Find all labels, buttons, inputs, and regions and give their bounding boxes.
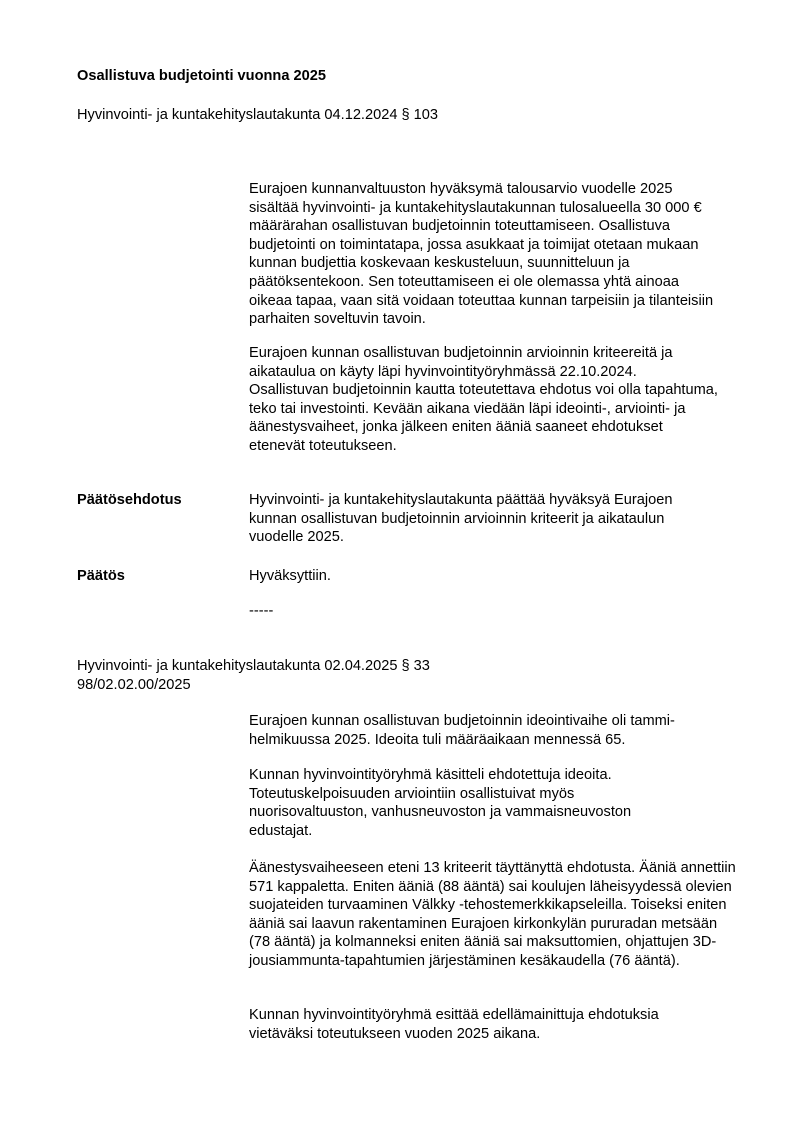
separator: ----- [249, 602, 729, 621]
paragraph-review: Kunnan hyvinvointityöryhmä käsitteli ehd… [249, 766, 679, 840]
paragraph-implementation: Kunnan hyvinvointityöryhmä esittää edell… [249, 1006, 709, 1043]
proposal-label: Päätösehdotus [77, 491, 182, 510]
meeting-header-2: Hyvinvointi- ja kuntakehityslautakunta 0… [77, 657, 430, 676]
decision-text: Hyväksyttiin. [249, 567, 729, 586]
meeting-header-1: Hyvinvointi- ja kuntakehityslautakunta 0… [77, 106, 438, 125]
document-title: Osallistuva budjetointi vuonna 2025 [77, 67, 326, 86]
document-page: Osallistuva budjetointi vuonna 2025 Hyvi… [0, 0, 794, 1122]
decision-label: Päätös [77, 567, 125, 586]
paragraph-ideation: Eurajoen kunnan osallistuvan budjetoinni… [249, 712, 724, 749]
reference-number: 98/02.02.00/2025 [77, 676, 191, 695]
paragraph-criteria: Eurajoen kunnan osallistuvan budjetoinni… [249, 344, 719, 456]
paragraph-voting: Äänestysvaiheeseen eteni 13 kriteerit tä… [249, 859, 739, 971]
proposal-text: Hyvinvointi- ja kuntakehityslautakunta p… [249, 491, 719, 547]
paragraph-budget: Eurajoen kunnanvaltuuston hyväksymä talo… [249, 180, 719, 329]
